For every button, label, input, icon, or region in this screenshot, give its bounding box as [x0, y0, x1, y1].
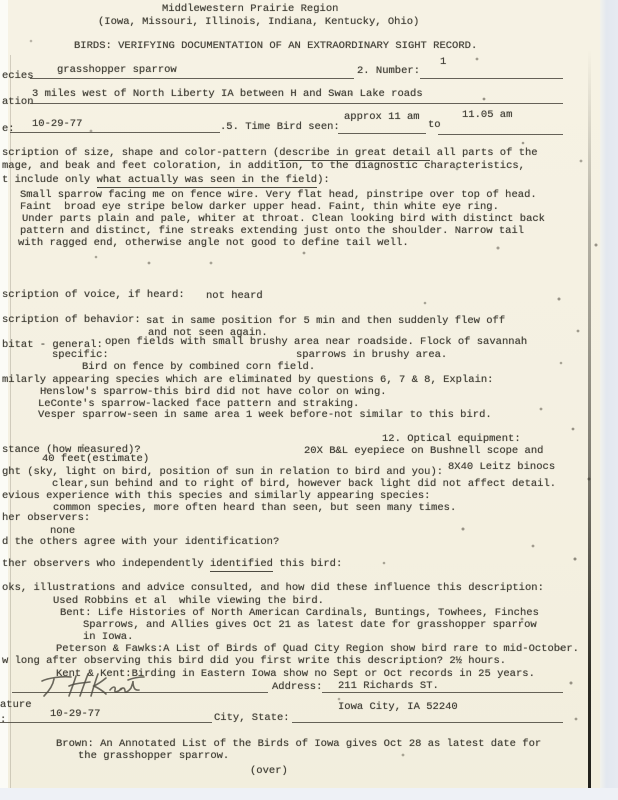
- experience-value: common species, more often heard than se…: [53, 502, 456, 514]
- underlined-text: describe in great detail: [279, 147, 430, 161]
- description-prompt-2: mage, and beak and feet coloration, in a…: [2, 160, 525, 172]
- description-line-1: Small sparrow facing me on fence wire. V…: [20, 189, 537, 201]
- city-state-value: Iowa City, IA 52240: [338, 701, 458, 713]
- books-value-1: Used Robbins et al while viewing the bir…: [53, 595, 324, 607]
- city-state-label: City, State:: [214, 712, 290, 724]
- habitat-general-value: open fields with small brushy area near …: [105, 336, 527, 348]
- writeup-delay-label: w long after observing this bird did you…: [2, 655, 506, 667]
- description-line-5: with ragged end, otherwise angle not goo…: [18, 237, 409, 249]
- underlined-text: identified: [210, 558, 273, 572]
- species-underline: [30, 78, 354, 79]
- date-label: e:: [2, 123, 15, 135]
- independent-observers-label: ther observers who independently identif…: [2, 558, 342, 570]
- date-value: 10-29-77: [32, 118, 82, 130]
- similar-species-1: Henslow's sparrow-this bird did not have…: [40, 386, 387, 398]
- species-label: ecies: [2, 70, 34, 82]
- signature-handwriting: [38, 671, 150, 701]
- similar-species-label: milarly appearing species which are elim…: [2, 374, 493, 386]
- form-title: BIRDS: VERIFYING DOCUMENTATION OF AN EXT…: [74, 40, 477, 52]
- location-underline: [30, 103, 563, 104]
- distance-value: 40 feet(estimate): [42, 453, 149, 465]
- books-value-5: Peterson & Fawks:A List of Birds of Quad…: [56, 643, 579, 655]
- voice-value: not heard: [206, 290, 263, 302]
- number-label: 2. Number:: [357, 65, 420, 77]
- bottom-date-underline: [0, 722, 212, 723]
- text-segment: ):: [317, 174, 330, 186]
- books-value-4: in Iowa.: [83, 631, 133, 643]
- books-value-8: the grasshopper sparrow.: [78, 750, 229, 762]
- address-underline: [322, 692, 563, 693]
- optical-equipment-value-2: 8X40 Leitz binocs: [448, 461, 555, 473]
- others-agree-label: d the others agree with your identificat…: [2, 536, 279, 548]
- habitat-general-value-2: sparrows in brushy area.: [296, 349, 447, 361]
- habitat-specific-label: specific:: [52, 349, 109, 361]
- light-value: clear,sun behind and to right of bird, h…: [52, 478, 556, 490]
- location-value: 3 miles west of North Liberty IA between…: [32, 88, 423, 100]
- other-observers-label: her observers:: [2, 512, 90, 524]
- scan-edge-bottom: [0, 788, 618, 800]
- experience-label: evious experience with this species and …: [2, 490, 430, 502]
- scan-edge-shadow-right: [588, 50, 591, 795]
- bottom-date-label: :: [0, 714, 6, 726]
- text-segment: t include only: [2, 174, 97, 186]
- books-value-3: Sparrows, and Allies gives Oct 21 as lat…: [83, 619, 537, 631]
- voice-label: scription of voice, if heard:: [2, 289, 185, 301]
- species-value: grasshopper sparrow: [57, 64, 177, 76]
- books-label: oks, illustrations and advice consulted,…: [2, 582, 544, 594]
- description-line-4: pattern and distinct, fine streaks exten…: [20, 225, 524, 237]
- time-to-value: 11.05 am: [462, 109, 512, 121]
- behavior-label: scription of behavior:: [2, 314, 141, 326]
- city-state-underline: [292, 722, 563, 723]
- date-underline: [10, 132, 220, 133]
- time-to-underline: [438, 134, 563, 135]
- scan-edge-left: [0, 0, 8, 800]
- description-prompt-1: scription of size, shape and color-patte…: [2, 147, 538, 159]
- optical-equipment-value-1: 20X B&L eyepiece on Bushnell scope and: [304, 445, 543, 457]
- books-value-2: Bent: Life Histories of North American C…: [60, 607, 539, 619]
- number-underline: [420, 78, 563, 79]
- address-label: Address:: [272, 681, 322, 693]
- address-value: 211 Richards ST.: [338, 680, 439, 692]
- light-label: ght (sky, light on bird, position of sun…: [2, 466, 443, 478]
- number-value: 1: [440, 56, 446, 68]
- similar-species-3: Vesper sparrow-seen in same area 1 week …: [38, 409, 492, 421]
- scan-edge-right: [600, 0, 618, 800]
- description-line-2: Faint broad eye stripe below darker uppe…: [20, 201, 499, 213]
- description-prompt-3: t include only what actually was seen in…: [2, 174, 330, 186]
- optical-equipment-label: 12. Optical equipment:: [382, 433, 521, 445]
- region-states: (Iowa, Missouri, Illinois, Indiana, Kent…: [98, 16, 419, 28]
- text-segment: scription of size, shape and color-patte…: [2, 147, 279, 159]
- description-line-3: Under parts plain and pale, whiter at th…: [22, 213, 545, 225]
- time-from-value: approx 11 am: [344, 111, 420, 123]
- signature-label: ature: [0, 699, 32, 711]
- text-segment: this bird:: [273, 558, 342, 570]
- text-segment: ther observers who independently: [2, 558, 210, 570]
- text-segment: all parts of the: [430, 147, 537, 159]
- time-from-underline: [338, 133, 426, 134]
- region-title: Middlewestern Prairie Region: [162, 3, 338, 15]
- to-label: to: [428, 119, 441, 131]
- books-value-7: Brown: An Annotated List of the Birds of…: [56, 738, 541, 750]
- bottom-date-value: 10-29-77: [50, 708, 100, 720]
- habitat-specific-value: Bird on fence by combined corn field.: [82, 361, 315, 373]
- location-label: ation: [2, 96, 34, 108]
- underlined-text: what actually was seen in the field: [97, 174, 318, 188]
- behavior-value-1: sat in same position for 5 min and then …: [146, 315, 505, 327]
- time-seen-label: .5. Time Bird seen:: [220, 121, 340, 133]
- over-note: (over): [250, 765, 288, 777]
- document-page: Middlewestern Prairie Region(Iowa, Misso…: [0, 0, 618, 800]
- scan-noise-specks: [0, 0, 2, 2]
